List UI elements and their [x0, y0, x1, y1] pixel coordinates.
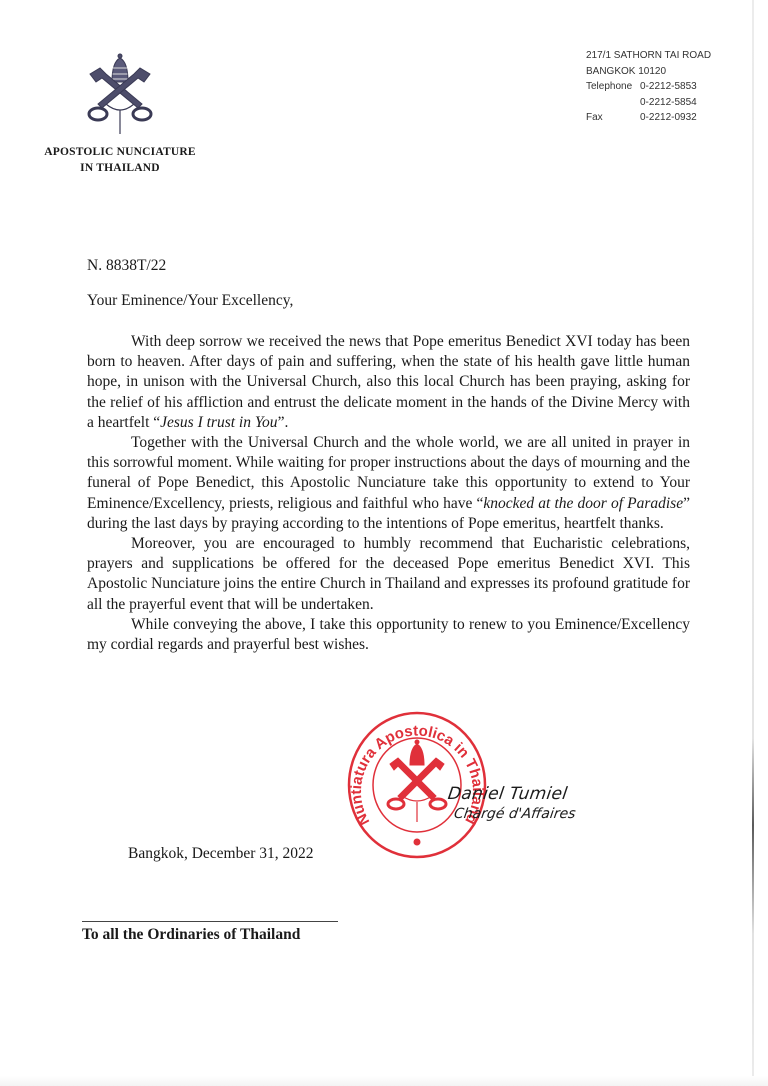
scan-edge-bottom	[0, 1076, 768, 1086]
fax-number: 0-2212-0932	[640, 110, 697, 126]
fax-label: Fax	[586, 110, 640, 126]
telephone-label: Telephone	[586, 79, 640, 95]
telephone-1: 0-2212-5853	[640, 79, 697, 95]
organization-name: APOSTOLIC NUNCIATURE IN THAILAND	[30, 144, 210, 176]
divider	[82, 921, 338, 922]
address-block: 217/1 SATHORN TAI ROAD BANGKOK 10120 Tel…	[586, 48, 711, 126]
place-and-date: Bangkok, December 31, 2022	[128, 845, 314, 863]
paragraph: Together with the Universal Church and t…	[87, 433, 690, 534]
signatory-name: Daniel Tumiel	[447, 784, 569, 804]
papal-crest-icon	[82, 52, 158, 136]
reference-number: N. 8838T/22	[87, 257, 166, 275]
letter-body: With deep sorrow we received the news th…	[87, 332, 690, 655]
salutation: Your Eminence/Your Excellency,	[87, 292, 293, 310]
signatory-title: Chargé d'Affaires	[453, 806, 577, 822]
scan-edge-right	[752, 0, 754, 1086]
paragraph: With deep sorrow we received the news th…	[87, 332, 690, 433]
paragraph: While conveying the above, I take this o…	[87, 615, 690, 655]
paragraph: Moreover, you are encouraged to humbly r…	[87, 534, 690, 615]
address-city: BANGKOK 10120	[586, 64, 711, 80]
address-street: 217/1 SATHORN TAI ROAD	[586, 48, 711, 64]
org-name-line2: IN THAILAND	[30, 160, 210, 176]
org-name-line1: APOSTOLIC NUNCIATURE	[30, 144, 210, 160]
recipient-line: To all the Ordinaries of Thailand	[82, 926, 300, 944]
signature: Daniel Tumiel Chargé d'Affaires	[448, 784, 618, 840]
telephone-2: 0-2212-5854	[640, 95, 697, 111]
